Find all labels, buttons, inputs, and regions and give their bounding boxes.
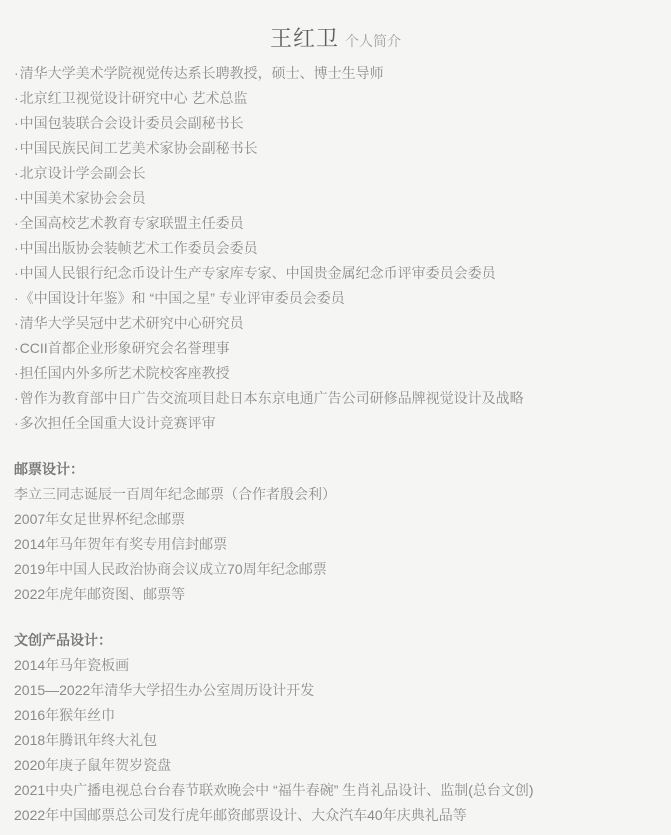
cultural-item-text: 2021中央广播电视总台台春节联欢晚会中 “福牛春碗” 生肖礼品设计、监制(总台… bbox=[14, 782, 534, 798]
profile-list-item: ·中国人民银行纪念币设计生产专家库专家、中国贵金属纪念币评审委员会委员 bbox=[14, 261, 657, 286]
profile-item-text: 全国高校艺术教育专家联盟主任委员 bbox=[20, 215, 244, 231]
bullet-dot: · bbox=[14, 361, 19, 386]
stamp-item-text: 李立三同志诞辰一百周年纪念邮票（合作者殷会利） bbox=[14, 486, 336, 502]
profile-credentials-list: ·清华大学美术学院视觉传达系长聘教授，硕士、博士生导师 ·北京红卫视觉设计研究中… bbox=[14, 61, 657, 436]
cultural-item-text: 2016年猴年丝巾 bbox=[14, 707, 115, 723]
cultural-item-text: 2018年腾讯年终大礼包 bbox=[14, 732, 157, 748]
profile-item-text: 中国美术家协会会员 bbox=[20, 190, 146, 206]
cultural-product-item: 2020年庚子鼠年贺岁瓷盘 bbox=[14, 753, 657, 778]
cultural-product-item: 2015—2022年清华大学招生办公室周历设计开发 bbox=[14, 678, 657, 703]
stamp-design-list: 李立三同志诞辰一百周年纪念邮票（合作者殷会利） 2007年女足世界杯纪念邮票 2… bbox=[14, 482, 657, 607]
profile-item-text: 北京设计学会副会长 bbox=[20, 165, 146, 181]
profile-list-item: ·《中国设计年鉴》和 “中国之星” 专业评审委员会委员 bbox=[14, 286, 657, 311]
cultural-item-text: 2020年庚子鼠年贺岁瓷盘 bbox=[14, 757, 171, 773]
profile-list-item: ·中国美术家协会会员 bbox=[14, 186, 657, 211]
profile-item-text: CCII首都企业形象研究会名誉理事 bbox=[20, 340, 230, 356]
profile-item-text: 北京红卫视觉设计研究中心 艺术总监 bbox=[20, 90, 248, 106]
bullet-dot: · bbox=[14, 211, 19, 236]
profile-item-text: 中国包装联合会设计委员会副秘书长 bbox=[20, 115, 244, 131]
profile-list-item: ·担任国内外多所艺术院校客座教授 bbox=[14, 361, 657, 386]
stamp-design-item: 李立三同志诞辰一百周年纪念邮票（合作者殷会利） bbox=[14, 482, 657, 507]
bullet-dot: · bbox=[14, 261, 19, 286]
cultural-item-text: 2014年马年瓷板画 bbox=[14, 657, 129, 673]
stamp-design-item: 2019年中国人民政治协商会议成立70周年纪念邮票 bbox=[14, 557, 657, 582]
stamp-design-item: 2022年虎年邮资图、邮票等 bbox=[14, 582, 657, 607]
bullet-dot: · bbox=[14, 311, 19, 336]
profile-list-item: ·中国出版协会装帧艺术工作委员会委员 bbox=[14, 236, 657, 261]
profile-item-text: 中国民族民间工艺美术家协会副秘书长 bbox=[20, 140, 258, 156]
profile-item-text: 曾作为教育部中日广告交流项目赴日本东京电通广告公司研修品牌视觉设计及战略 bbox=[20, 390, 524, 406]
cultural-product-list: 2014年马年瓷板画 2015—2022年清华大学招生办公室周历设计开发 201… bbox=[14, 653, 657, 828]
cultural-product-item: 2022年中国邮票总公司发行虎年邮资邮票设计、大众汽车40年庆典礼品等 bbox=[14, 803, 657, 828]
profile-list-item: ·中国民族民间工艺美术家协会副秘书长 bbox=[14, 136, 657, 161]
bullet-dot: · bbox=[14, 186, 19, 211]
bullet-dot: · bbox=[14, 411, 19, 436]
bullet-dot: · bbox=[14, 136, 19, 161]
section-stamp-design: 邮票设计： 李立三同志诞辰一百周年纪念邮票（合作者殷会利） 2007年女足世界杯… bbox=[14, 457, 657, 607]
section-cultural-product-design: 文创产品设计： 2014年马年瓷板画 2015—2022年清华大学招生办公室周历… bbox=[14, 628, 657, 828]
bullet-dot: · bbox=[14, 386, 19, 411]
page-title: 王红卫个人简介 bbox=[14, 22, 657, 53]
profile-list-item: ·中国包装联合会设计委员会副秘书长 bbox=[14, 111, 657, 136]
profile-item-text: 中国出版协会装帧艺术工作委员会委员 bbox=[20, 240, 258, 256]
cultural-item-text: 2022年中国邮票总公司发行虎年邮资邮票设计、大众汽车40年庆典礼品等 bbox=[14, 807, 467, 823]
profile-item-text: 中国人民银行纪念币设计生产专家库专家、中国贵金属纪念币评审委员会委员 bbox=[20, 265, 496, 281]
profile-list-item: ·多次担任全国重大设计竞赛评审 bbox=[14, 411, 657, 436]
profile-list-item: ·清华大学美术学院视觉传达系长聘教授，硕士、博士生导师 bbox=[14, 61, 657, 86]
stamp-item-text: 2022年虎年邮资图、邮票等 bbox=[14, 586, 185, 602]
cultural-product-item: 2016年猴年丝巾 bbox=[14, 703, 657, 728]
cultural-product-item: 2021中央广播电视总台台春节联欢晚会中 “福牛春碗” 生肖礼品设计、监制(总台… bbox=[14, 778, 657, 803]
profile-item-text: 担任国内外多所艺术院校客座教授 bbox=[20, 365, 230, 381]
bullet-dot: · bbox=[14, 236, 19, 261]
person-name: 王红卫 bbox=[270, 27, 339, 52]
profile-item-text: 《中国设计年鉴》和 “中国之星” 专业评审委员会委员 bbox=[20, 290, 345, 306]
bullet-dot: · bbox=[14, 111, 19, 136]
profile-list-item: ·清华大学吴冠中艺术研究中心研究员 bbox=[14, 311, 657, 336]
stamp-design-item: 2014年马年贺年有奖专用信封邮票 bbox=[14, 532, 657, 557]
section-title: 邮票设计： bbox=[14, 457, 657, 482]
stamp-design-item: 2007年女足世界杯纪念邮票 bbox=[14, 507, 657, 532]
stamp-item-text: 2019年中国人民政治协商会议成立70周年纪念邮票 bbox=[14, 561, 327, 577]
profile-list-item: ·曾作为教育部中日广告交流项目赴日本东京电通广告公司研修品牌视觉设计及战略 bbox=[14, 386, 657, 411]
bullet-dot: · bbox=[14, 286, 19, 311]
cultural-product-item: 2014年马年瓷板画 bbox=[14, 653, 657, 678]
bullet-dot: · bbox=[14, 86, 19, 111]
stamp-item-text: 2007年女足世界杯纪念邮票 bbox=[14, 511, 185, 527]
profile-list-item: ·北京设计学会副会长 bbox=[14, 161, 657, 186]
stamp-item-text: 2014年马年贺年有奖专用信封邮票 bbox=[14, 536, 227, 552]
profile-list-item: ·CCII首都企业形象研究会名誉理事 bbox=[14, 336, 657, 361]
section-title: 文创产品设计： bbox=[14, 628, 657, 653]
cultural-item-text: 2015—2022年清华大学招生办公室周历设计开发 bbox=[14, 682, 314, 698]
bullet-dot: · bbox=[14, 336, 19, 361]
bio-page: 王红卫个人简介 ·清华大学美术学院视觉传达系长聘教授，硕士、博士生导师 ·北京红… bbox=[0, 0, 671, 835]
bullet-dot: · bbox=[14, 161, 19, 186]
profile-list-item: ·全国高校艺术教育专家联盟主任委员 bbox=[14, 211, 657, 236]
page-subtitle: 个人简介 bbox=[345, 33, 401, 49]
profile-list-item: ·北京红卫视觉设计研究中心 艺术总监 bbox=[14, 86, 657, 111]
cultural-product-item: 2018年腾讯年终大礼包 bbox=[14, 728, 657, 753]
profile-item-text: 多次担任全国重大设计竞赛评审 bbox=[20, 415, 216, 431]
profile-item-text: 清华大学美术学院视觉传达系长聘教授，硕士、博士生导师 bbox=[20, 65, 384, 81]
profile-item-text: 清华大学吴冠中艺术研究中心研究员 bbox=[20, 315, 244, 331]
bullet-dot: · bbox=[14, 61, 19, 86]
